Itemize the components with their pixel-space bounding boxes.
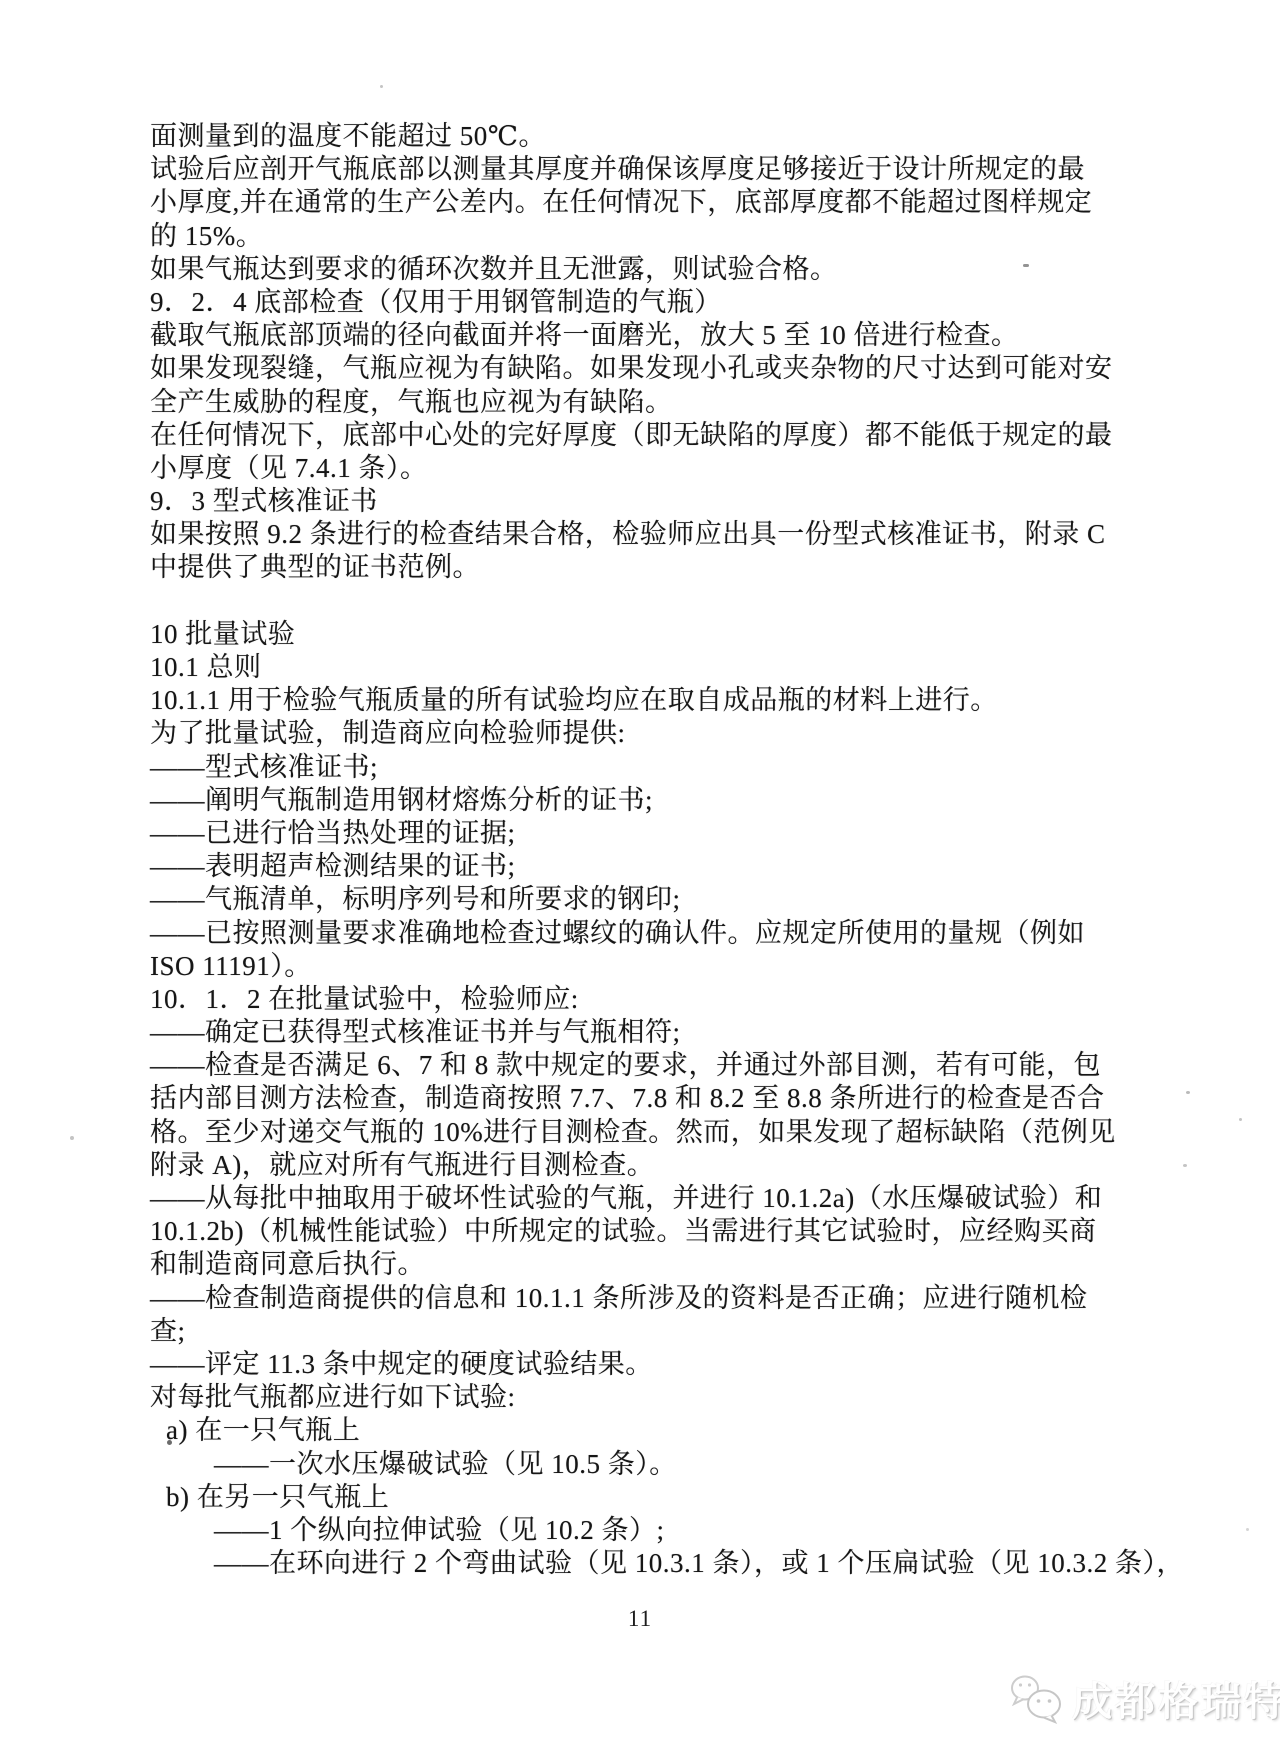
text-line: 括内部目测方法检查，制造商按照 7.7、7.8 和 8.2 至 8.8 条所进行…: [150, 1082, 1090, 1115]
text-line: 10.1.1 用于检验气瓶质量的所有试验均应在取自成品瓶的材料上进行。: [150, 684, 1090, 717]
scan-speck: [1186, 1091, 1190, 1094]
scan-speck: [1183, 1164, 1187, 1167]
text-line: 在任何情况下，底部中心处的完好厚度（即无缺陷的厚度）都不能低于规定的最: [150, 419, 1090, 452]
text-line: 小厚度（见 7.4.1 条）。: [150, 452, 1090, 485]
text-line: ——已按照测量要求准确地检查过螺纹的确认件。应规定所使用的量规（例如: [150, 917, 1090, 950]
text-line: 对每批气瓶都应进行如下试验:: [150, 1381, 1090, 1414]
text-line: [150, 585, 1090, 618]
text-line: ——表明超声检测结果的证书;: [150, 850, 1090, 883]
text-line: ——检查制造商提供的信息和 10.1.1 条所涉及的资料是否正确；应进行随机检: [150, 1282, 1090, 1315]
text-line: 截取气瓶底部顶端的径向截面并将一面磨光，放大 5 至 10 倍进行检查。: [150, 319, 1090, 352]
text-line: 小厚度,并在通常的生产公差内。在任何情况下，底部厚度都不能超过图样规定: [150, 186, 1090, 219]
text-line: 10．1．2 在批量试验中，检验师应:: [150, 983, 1090, 1016]
scan-speck: [167, 1440, 172, 1445]
text-line: ——型式核准证书;: [150, 751, 1090, 784]
text-line: ——从每批中抽取用于破坏性试验的气瓶，并进行 10.1.2a)（水压爆破试验）和: [150, 1182, 1090, 1215]
scan-speck: [1239, 1118, 1242, 1121]
text-line: 中提供了典型的证书范例。: [150, 551, 1090, 584]
text-line: 10.1.2b)（机械性能试验）中所规定的试验。当需进行其它试验时，应经购买商: [150, 1215, 1090, 1248]
text-line: ——在环向进行 2 个弯曲试验（见 10.3.1 条），或 1 个压扁试验（见 …: [150, 1547, 1090, 1580]
text-line: 查;: [150, 1315, 1090, 1348]
text-line: ——一次水压爆破试验（见 10.5 条）。: [150, 1448, 1090, 1481]
scan-speck: [70, 1136, 74, 1140]
text-line: ——气瓶清单，标明序列号和所要求的钢印;: [150, 883, 1090, 916]
document-page: 面测量到的温度不能超过 50℃。试验后应剖开气瓶底部以测量其厚度并确保该厚度足够…: [0, 0, 1280, 1759]
text-line: ——评定 11.3 条中规定的硬度试验结果。: [150, 1348, 1090, 1381]
document-body: 面测量到的温度不能超过 50℃。试验后应剖开气瓶底部以测量其厚度并确保该厚度足够…: [150, 120, 1090, 1580]
watermark-text: 成都格瑞特: [1072, 1670, 1280, 1727]
text-line: ISO 11191）。: [150, 950, 1090, 983]
text-line: 的 15%。: [150, 220, 1090, 253]
text-line: 和制造商同意后执行。: [150, 1248, 1090, 1281]
text-line: 为了批量试验，制造商应向检验师提供:: [150, 717, 1090, 750]
text-line: 9．3 型式核准证书: [150, 485, 1090, 518]
text-line: 如果发现裂缝，气瓶应视为有缺陷。如果发现小孔或夹杂物的尺寸达到可能对安: [150, 352, 1090, 385]
text-line: 如果气瓶达到要求的循环次数并且无泄露，则试验合格。: [150, 253, 1090, 286]
scan-speck: [1246, 1528, 1249, 1531]
wechat-icon: [1008, 1673, 1066, 1725]
scan-speck: [380, 85, 383, 88]
text-line: 面测量到的温度不能超过 50℃。: [150, 120, 1090, 153]
text-line: ——阐明气瓶制造用钢材熔炼分析的证书;: [150, 784, 1090, 817]
text-line: a) 在一只气瓶上: [150, 1414, 1090, 1447]
text-line: b) 在另一只气瓶上: [150, 1481, 1090, 1514]
page-number: 11: [570, 1606, 710, 1632]
text-line: ——已进行恰当热处理的证据;: [150, 817, 1090, 850]
text-line: 10 批量试验: [150, 618, 1090, 651]
text-line: 附录 A)，就应对所有气瓶进行目测检查。: [150, 1149, 1090, 1182]
text-line: 格。至少对递交气瓶的 10%进行目测检查。然而，如果发现了超标缺陷（范例见: [150, 1116, 1090, 1149]
text-line: 10.1 总则: [150, 651, 1090, 684]
text-line: 全产生威胁的程度，气瓶也应视为有缺陷。: [150, 386, 1090, 419]
text-line: 9．2．4 底部检查（仅用于用钢管制造的气瓶）: [150, 286, 1090, 319]
watermark: 成都格瑞特: [1008, 1670, 1280, 1727]
scan-speck: [1023, 264, 1029, 267]
text-line: ——确定已获得型式核准证书并与气瓶相符;: [150, 1016, 1090, 1049]
text-line: 如果按照 9.2 条进行的检查结果合格，检验师应出具一份型式核准证书，附录 C: [150, 518, 1090, 551]
text-line: ——1 个纵向拉伸试验（见 10.2 条）;: [150, 1514, 1090, 1547]
text-line: ——检查是否满足 6、7 和 8 款中规定的要求，并通过外部目测，若有可能，包: [150, 1049, 1090, 1082]
text-line: 试验后应剖开气瓶底部以测量其厚度并确保该厚度足够接近于设计所规定的最: [150, 153, 1090, 186]
